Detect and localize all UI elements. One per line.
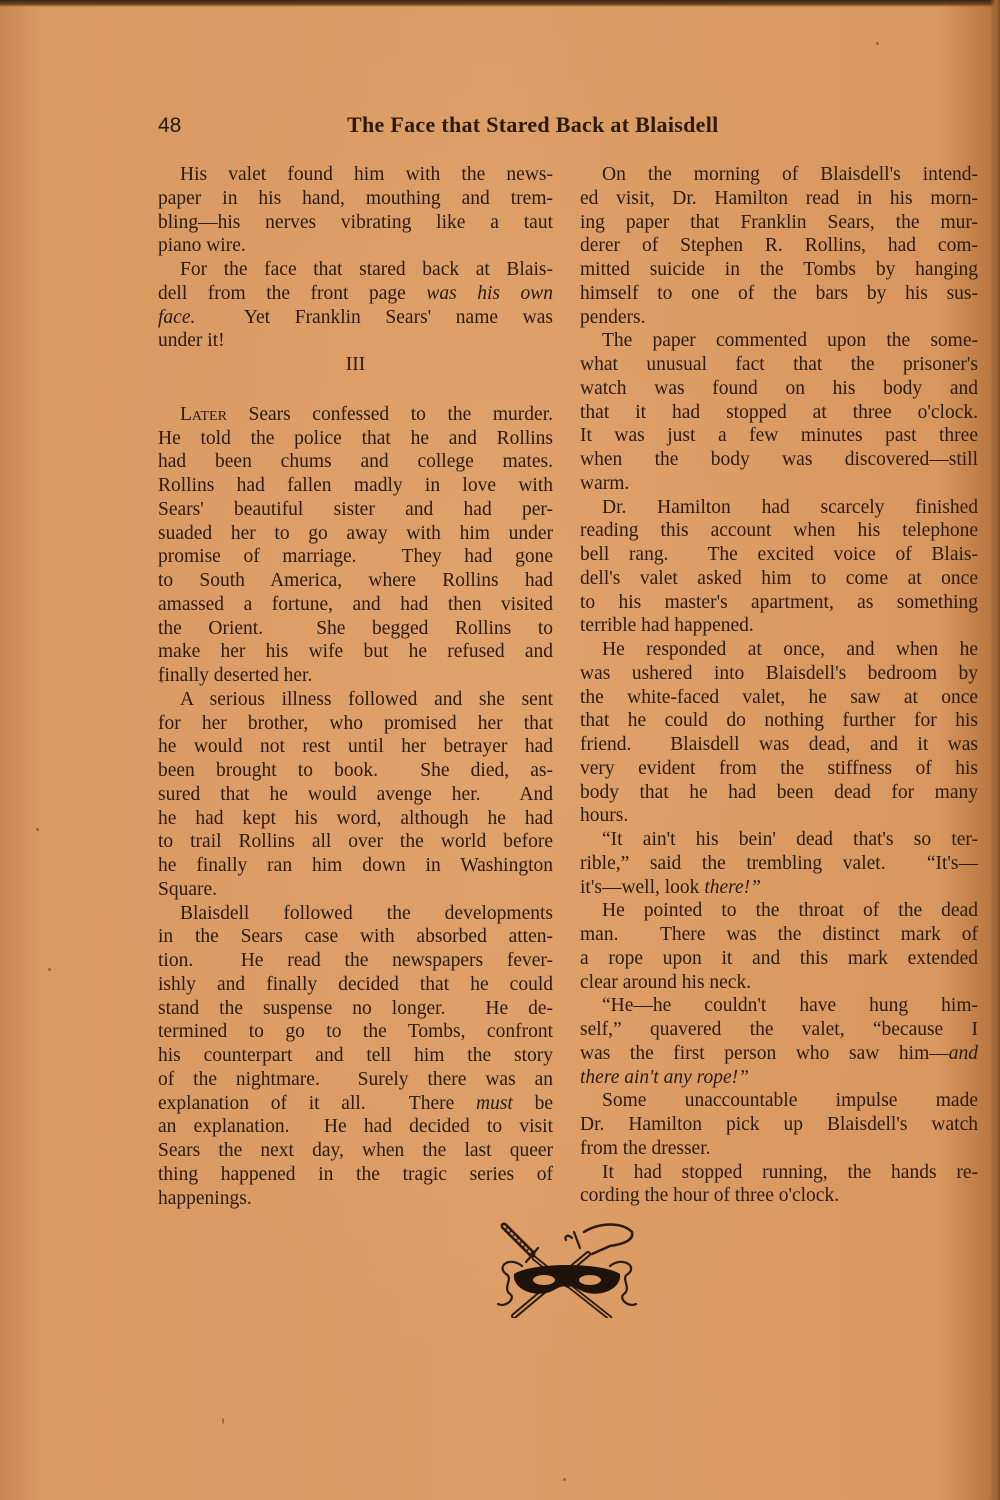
line-text: Some unaccountable impulse made xyxy=(602,1090,978,1111)
text-line: himself to one of the bars by his sus- xyxy=(580,282,978,306)
text-line: dell from the front page was his own xyxy=(158,282,553,306)
text-line: Later Sears confessed to the murder. xyxy=(158,403,553,427)
text-line: For the face that stared back at Blais- xyxy=(158,258,553,282)
text-line: warm. xyxy=(580,472,978,496)
line-text: finally deserted her. xyxy=(158,665,312,686)
line-text: termined to go to the Tombs, confront xyxy=(158,1021,553,1042)
text-line: It had stopped running, the hands re- xyxy=(580,1161,978,1185)
paper-speck xyxy=(48,968,51,971)
text-line: a rope upon it and this mark extended xyxy=(580,947,978,971)
text-line: “He—he couldn't have hung him- xyxy=(580,994,978,1018)
line-text: the white-faced valet, he saw at once xyxy=(580,687,978,708)
line-text: to his master's apartment, as something xyxy=(580,592,978,613)
line-text: watch was found on his body and xyxy=(580,378,978,399)
text-line: make her his wife but he refused and xyxy=(158,640,553,664)
line-text: Square. xyxy=(158,879,217,900)
line-text: Sears confessed to the murder. xyxy=(227,404,553,425)
italic-text: there ain't any rope!” xyxy=(580,1067,749,1088)
text-line: it's—well, look there!” xyxy=(580,876,978,900)
line-text: be xyxy=(513,1093,553,1114)
text-line: that it had stopped at three o'clock. xyxy=(580,401,978,425)
line-text: paper in his hand, mouthing and trem- xyxy=(158,188,553,209)
line-text: man. There was the distinct mark of xyxy=(580,924,978,945)
line-text: sured that he would avenge her. And xyxy=(158,784,553,805)
right-text-column: On the morning of Blaisdell's intend-ed … xyxy=(580,163,978,1208)
line-text: Yet Franklin Sears' name was xyxy=(195,307,553,328)
text-line: thing happened in the tragic series of xyxy=(158,1163,553,1187)
text-line: been brought to book. She died, as- xyxy=(158,759,553,783)
text-line: ishly and finally decided that he could xyxy=(158,973,553,997)
text-line: tion. He read the newspapers fever- xyxy=(158,949,553,973)
line-text: he had kept his word, although he had xyxy=(158,808,553,829)
line-text: he would not rest until her betrayer had xyxy=(158,736,553,757)
text-line: to South America, where Rollins had xyxy=(158,569,553,593)
text-line: On the morning of Blaisdell's intend- xyxy=(580,163,978,187)
text-line: friend. Blaisdell was dead, and it was xyxy=(580,733,978,757)
left-text-column: His valet found him with the news-paper … xyxy=(158,163,553,1210)
line-text: bell rang. The excited voice of Blais- xyxy=(580,544,978,565)
line-text: He told the police that he and Rollins xyxy=(158,428,553,449)
line-text: piano wire. xyxy=(158,235,246,256)
paper-speck xyxy=(160,680,163,683)
paper-speck xyxy=(876,42,879,45)
line-text: an explanation. He had decided to visit xyxy=(158,1116,553,1137)
text-line: rible,” said the trembling valet. “It's— xyxy=(580,852,978,876)
text-line: watch was found on his body and xyxy=(580,377,978,401)
text-line: Sears the next day, when the last queer xyxy=(158,1139,553,1163)
line-text: he finally ran him down in Washington xyxy=(158,855,553,876)
line-text: a rope upon it and this mark extended xyxy=(580,948,978,969)
text-line: body that he had been dead for many xyxy=(580,781,978,805)
line-text: what unusual fact that the prisoner's xyxy=(580,354,978,375)
line-text: He pointed to the throat of the dead xyxy=(602,900,978,921)
text-line: was ushered into Blaisdell's bedroom by xyxy=(580,662,978,686)
text-line: Some unaccountable impulse made xyxy=(580,1089,978,1113)
line-text: hours. xyxy=(580,805,628,826)
mask-dagger-pistol-icon xyxy=(492,1218,642,1318)
text-line: Rollins had fallen madly in love with xyxy=(158,474,553,498)
page-top-edge xyxy=(0,0,1000,7)
line-text: body that he had been dead for many xyxy=(580,782,978,803)
line-text: It had stopped running, the hands re- xyxy=(602,1162,978,1183)
italic-text: must xyxy=(476,1093,513,1114)
line-text: derer of Stephen R. Rollins, had com- xyxy=(580,235,978,256)
text-line: reading this account when his telephone xyxy=(580,519,978,543)
text-line: had been chums and college mates. xyxy=(158,450,553,474)
line-text: the Orient. She begged Rollins to xyxy=(158,618,553,639)
italic-text: there!” xyxy=(704,877,761,898)
line-text: was ushered into Blaisdell's bedroom by xyxy=(580,663,978,684)
text-line: for her brother, who promised her that xyxy=(158,712,553,736)
line-text: A serious illness followed and she sent xyxy=(180,689,553,710)
line-text: Dr. Hamilton had scarcely finished xyxy=(602,497,978,518)
line-text: himself to one of the bars by his sus- xyxy=(580,283,978,304)
line-text: Sears' beautiful sister and had per- xyxy=(158,499,553,520)
line-text: very evident from the stiffness of his xyxy=(580,758,978,779)
text-line: was the first person who saw him—and xyxy=(580,1042,978,1066)
text-line: he had kept his word, although he had xyxy=(158,807,553,831)
line-text: self,” quavered the valet, “because I xyxy=(580,1019,978,1040)
text-line: Dr. Hamilton had scarcely finished xyxy=(580,496,978,520)
text-line: what unusual fact that the prisoner's xyxy=(580,353,978,377)
line-text: On the morning of Blaisdell's intend- xyxy=(602,164,978,185)
text-line: Blaisdell followed the developments xyxy=(158,902,553,926)
line-text: that he could do nothing further for his xyxy=(580,710,978,731)
text-line: He told the police that he and Rollins xyxy=(158,427,553,451)
line-text: clear around his neck. xyxy=(580,972,751,993)
text-line: hours. xyxy=(580,804,978,828)
text-line: he finally ran him down in Washington xyxy=(158,854,553,878)
italic-text: was his own xyxy=(426,283,553,304)
line-text: Sears the next day, when the last queer xyxy=(158,1140,553,1161)
section-number: III xyxy=(158,353,553,377)
line-text: explanation of it all. There xyxy=(158,1093,476,1114)
text-line: to his master's apartment, as something xyxy=(580,591,978,615)
line-text: “He—he couldn't have hung him- xyxy=(602,995,978,1016)
text-line: piano wire. xyxy=(158,234,553,258)
magazine-page: 48 The Face that Stared Back at Blaisdel… xyxy=(0,0,1000,1500)
text-line: bling—his nerves vibrating like a taut xyxy=(158,211,553,235)
text-line: he would not rest until her betrayer had xyxy=(158,735,553,759)
line-text: was the first person who saw him— xyxy=(580,1043,949,1064)
line-text: mitted suicide in the Tombs by hanging xyxy=(580,259,978,280)
small-caps-lead: Later xyxy=(180,404,227,425)
section-spacer xyxy=(158,377,553,403)
line-text: dell's valet asked him to come at once xyxy=(580,568,978,589)
text-line: A serious illness followed and she sent xyxy=(158,688,553,712)
text-line: from the dresser. xyxy=(580,1137,978,1161)
line-text: dell from the front page xyxy=(158,283,426,304)
line-text: friend. Blaisdell was dead, and it was xyxy=(580,734,978,755)
line-text: of the nightmare. Surely there was an xyxy=(158,1069,553,1090)
line-text: ishly and finally decided that he could xyxy=(158,974,553,995)
text-line: Square. xyxy=(158,878,553,902)
line-text: stand the suspense no longer. He de- xyxy=(158,998,553,1019)
text-line: clear around his neck. xyxy=(580,971,978,995)
line-text: from the dresser. xyxy=(580,1138,711,1159)
text-line: “It ain't his bein' dead that's so ter- xyxy=(580,828,978,852)
text-line: It was just a few minutes past three xyxy=(580,424,978,448)
line-text: to trail Rollins all over the world befo… xyxy=(158,831,553,852)
text-line: termined to go to the Tombs, confront xyxy=(158,1020,553,1044)
line-text: under it! xyxy=(158,330,225,351)
page-number: 48 xyxy=(158,114,181,138)
line-text: it's—well, look xyxy=(580,877,704,898)
text-line: stand the suspense no longer. He de- xyxy=(158,997,553,1021)
line-text: had been chums and college mates. xyxy=(158,451,553,472)
text-line: that he could do nothing further for his xyxy=(580,709,978,733)
text-line: cording the hour of three o'clock. xyxy=(580,1184,978,1208)
text-line: promise of marriage. They had gone xyxy=(158,545,553,569)
line-text: amassed a fortune, and had then visited xyxy=(158,594,553,615)
text-line: paper in his hand, mouthing and trem- xyxy=(158,187,553,211)
line-text: He responded at once, and when he xyxy=(602,639,978,660)
text-line: when the body was discovered—still xyxy=(580,448,978,472)
text-line: penders. xyxy=(580,306,978,330)
paper-speck xyxy=(563,1478,566,1481)
text-line: to trail Rollins all over the world befo… xyxy=(158,830,553,854)
text-line: terrible had happened. xyxy=(580,614,978,638)
line-text: For the face that stared back at Blais- xyxy=(180,259,553,280)
line-text: It was just a few minutes past three xyxy=(580,425,978,446)
text-line: His valet found him with the news- xyxy=(158,163,553,187)
line-text: bling—his nerves vibrating like a taut xyxy=(158,212,553,233)
line-text: rible,” said the trembling valet. “It's— xyxy=(580,853,978,874)
text-line: amassed a fortune, and had then visited xyxy=(158,593,553,617)
text-line: ed visit, Dr. Hamilton read in his morn- xyxy=(580,187,978,211)
text-line: suaded her to go away with him under xyxy=(158,522,553,546)
line-text: Dr. Hamilton pick up Blaisdell's watch xyxy=(580,1114,978,1135)
paper-speck xyxy=(222,1418,224,1424)
line-text: thing happened in the tragic series of xyxy=(158,1164,553,1185)
italic-text: face. xyxy=(158,307,195,328)
line-text: tion. He read the newspapers fever- xyxy=(158,950,553,971)
line-text: warm. xyxy=(580,473,629,494)
line-text: happenings. xyxy=(158,1188,252,1209)
text-line: there ain't any rope!” xyxy=(580,1066,978,1090)
text-line: He responded at once, and when he xyxy=(580,638,978,662)
line-text: reading this account when his telephone xyxy=(580,520,978,541)
text-line: Dr. Hamilton pick up Blaisdell's watch xyxy=(580,1113,978,1137)
line-text: III xyxy=(346,354,365,375)
line-text: to South America, where Rollins had xyxy=(158,570,553,591)
page-right-edge xyxy=(990,0,1000,1500)
line-text: The paper commented upon the some- xyxy=(602,330,978,351)
text-line: face. Yet Franklin Sears' name was xyxy=(158,306,553,330)
line-text: “It ain't his bein' dead that's so ter- xyxy=(602,829,978,850)
line-text: terrible had happened. xyxy=(580,615,754,636)
text-line: very evident from the stiffness of his xyxy=(580,757,978,781)
line-text: Blaisdell followed the developments xyxy=(180,903,553,924)
text-line: explanation of it all. There must be xyxy=(158,1092,553,1116)
text-line: happenings. xyxy=(158,1187,553,1211)
line-text: his counterpart and tell him the story xyxy=(158,1045,553,1066)
text-line: sured that he would avenge her. And xyxy=(158,783,553,807)
text-line: finally deserted her. xyxy=(158,664,553,688)
text-line: man. There was the distinct mark of xyxy=(580,923,978,947)
line-text: ing paper that Franklin Sears, the mur- xyxy=(580,212,978,233)
text-line: under it! xyxy=(158,329,553,353)
text-line: the Orient. She begged Rollins to xyxy=(158,617,553,641)
text-line: mitted suicide in the Tombs by hanging xyxy=(580,258,978,282)
line-text: promise of marriage. They had gone xyxy=(158,546,553,567)
line-text: in the Sears case with absorbed atten- xyxy=(158,926,553,947)
italic-text: and xyxy=(949,1043,978,1064)
line-text: His valet found him with the news- xyxy=(180,164,553,185)
text-line: ing paper that Franklin Sears, the mur- xyxy=(580,211,978,235)
line-text: Rollins had fallen madly in love with xyxy=(158,475,553,496)
line-text: ed visit, Dr. Hamilton read in his morn- xyxy=(580,188,978,209)
text-line: bell rang. The excited voice of Blais- xyxy=(580,543,978,567)
text-line: Sears' beautiful sister and had per- xyxy=(158,498,553,522)
line-text: cording the hour of three o'clock. xyxy=(580,1185,839,1206)
text-line: self,” quavered the valet, “because I xyxy=(580,1018,978,1042)
text-line: in the Sears case with absorbed atten- xyxy=(158,925,553,949)
text-line: his counterpart and tell him the story xyxy=(158,1044,553,1068)
text-line: the white-faced valet, he saw at once xyxy=(580,686,978,710)
line-text: when the body was discovered—still xyxy=(580,449,978,470)
text-line: He pointed to the throat of the dead xyxy=(580,899,978,923)
line-text: suaded her to go away with him under xyxy=(158,523,553,544)
text-line: an explanation. He had decided to visit xyxy=(158,1115,553,1139)
line-text: been brought to book. She died, as- xyxy=(158,760,553,781)
line-text: for her brother, who promised her that xyxy=(158,713,553,734)
text-line: The paper commented upon the some- xyxy=(580,329,978,353)
text-line: of the nightmare. Surely there was an xyxy=(158,1068,553,1092)
text-line: derer of Stephen R. Rollins, had com- xyxy=(580,234,978,258)
text-line: dell's valet asked him to come at once xyxy=(580,567,978,591)
running-head-title: The Face that Stared Back at Blaisdell xyxy=(347,112,719,138)
paper-speck xyxy=(36,828,39,831)
line-text: make her his wife but he refused and xyxy=(158,641,553,662)
line-text: penders. xyxy=(580,307,646,328)
line-text: that it had stopped at three o'clock. xyxy=(580,402,978,423)
